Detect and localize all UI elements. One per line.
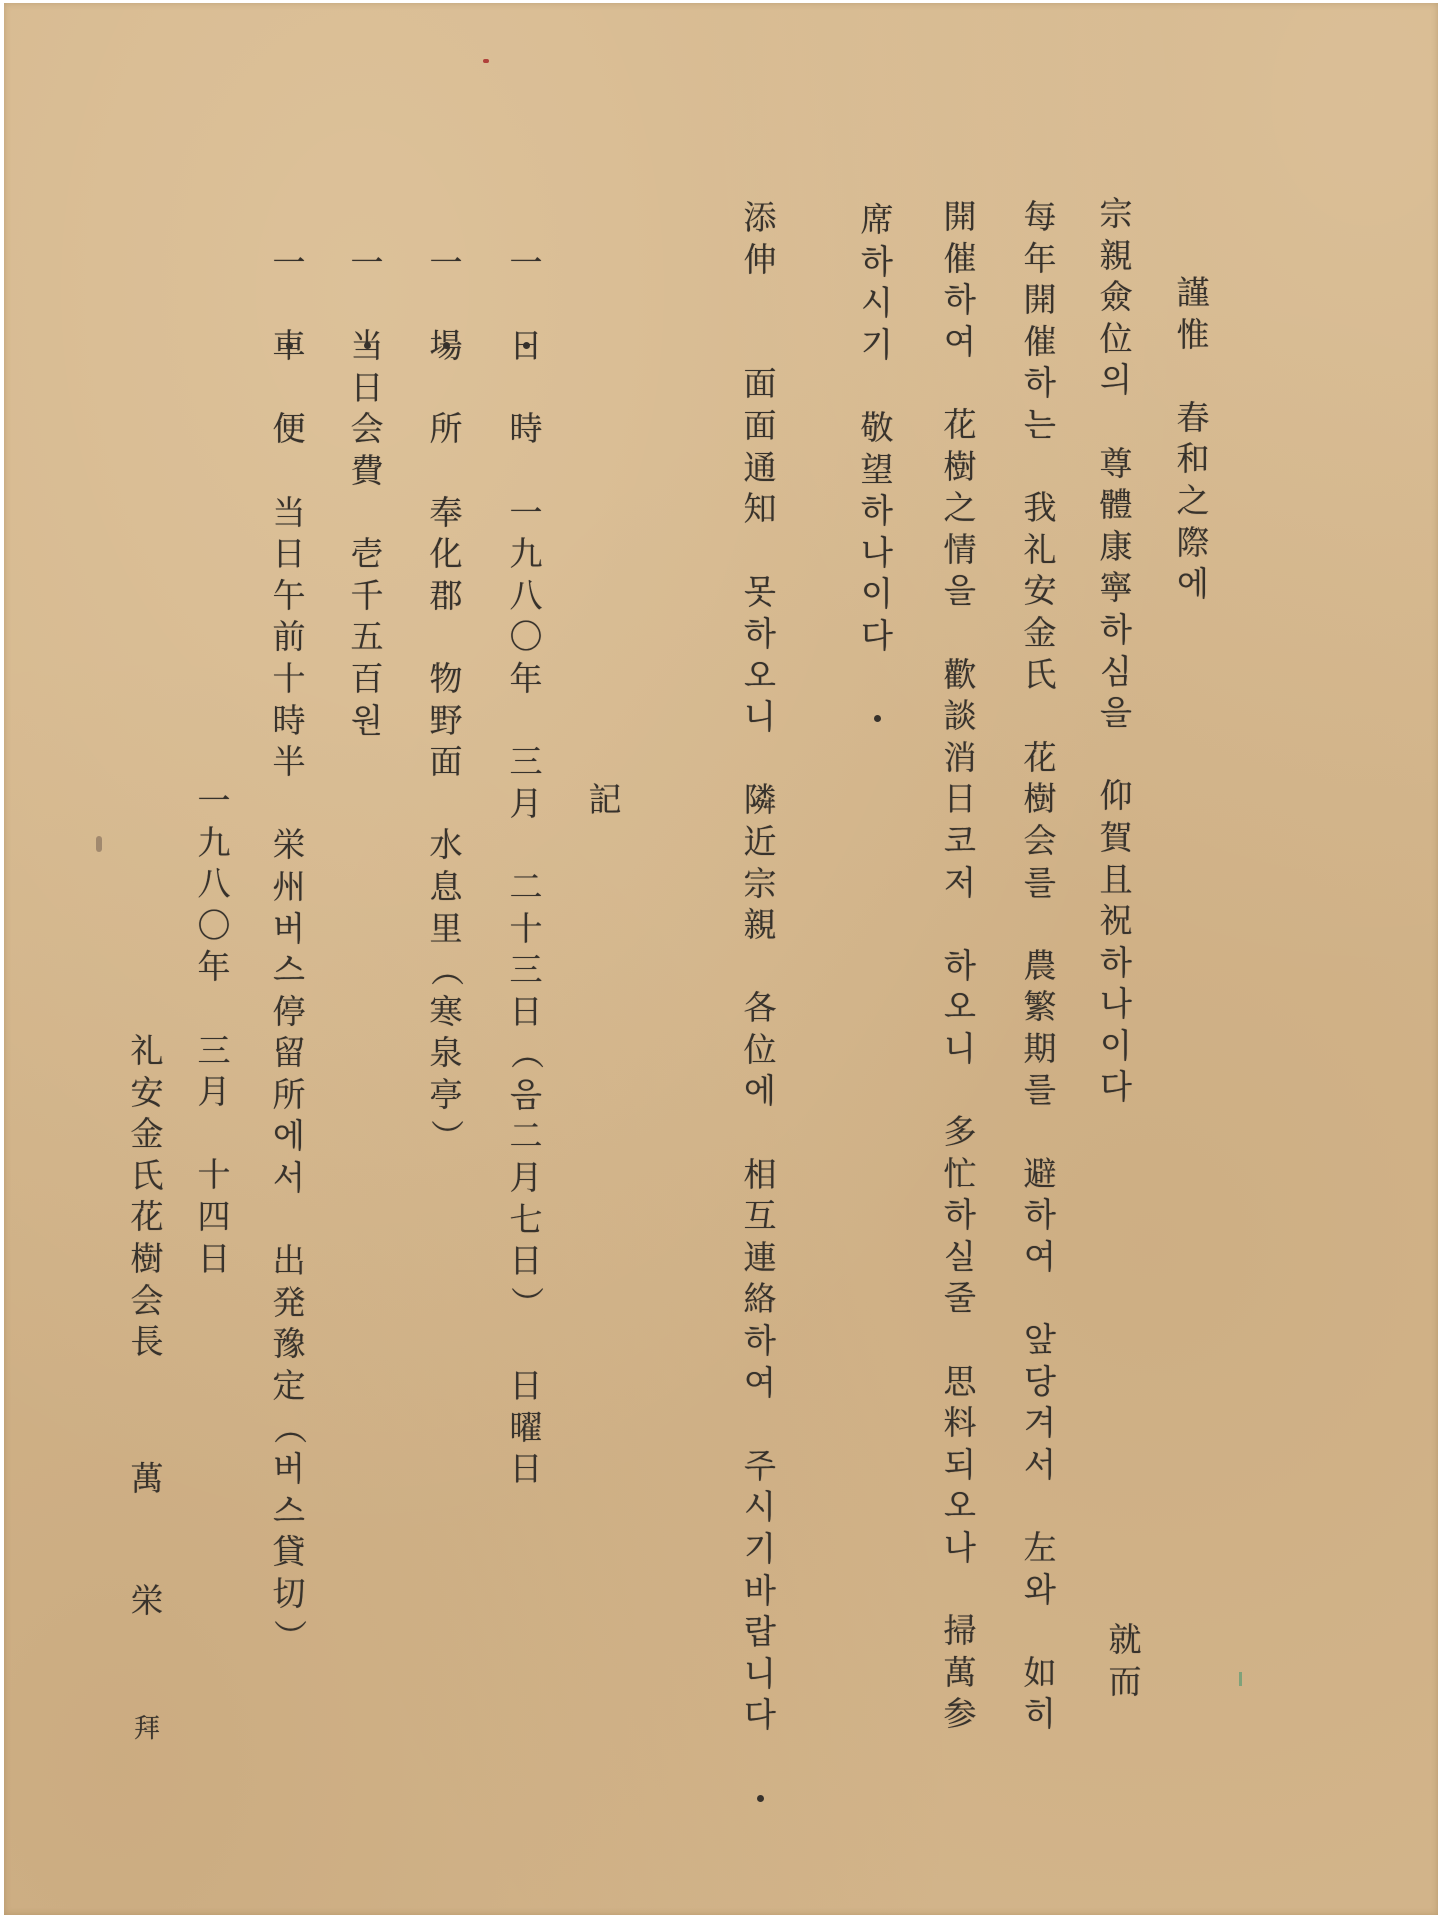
space bbox=[937, 612, 983, 654]
space bbox=[1017, 695, 1063, 737]
space bbox=[191, 1113, 237, 1155]
glyph: 하 bbox=[854, 490, 900, 532]
glyph: 저 bbox=[937, 862, 983, 904]
glyph: 消 bbox=[937, 737, 983, 779]
transition-word: 就而 bbox=[1102, 1619, 1148, 1702]
body-line-text: 每年開催하는 我礼安金氏 花樹会를 農繁期를 避하여 앞당겨서 左와 如히 bbox=[1017, 196, 1063, 1735]
glyph: 金 bbox=[124, 1113, 170, 1155]
glyph: 하 bbox=[737, 1320, 783, 1362]
spacer bbox=[266, 450, 312, 492]
glyph: 九 bbox=[503, 533, 549, 575]
glyph: 停 bbox=[266, 991, 312, 1033]
glyph: 如 bbox=[1017, 1652, 1063, 1694]
glyph: ・ bbox=[266, 284, 312, 326]
glyph: 에 bbox=[1170, 563, 1216, 605]
glyph: 줄 bbox=[937, 1277, 983, 1319]
glyph: 겨 bbox=[1017, 1402, 1063, 1444]
glyph: 息 bbox=[423, 866, 469, 908]
glyph: 이 bbox=[1093, 1025, 1139, 1067]
space bbox=[191, 988, 237, 1030]
glyph: . bbox=[737, 1736, 783, 1778]
glyph: 百 bbox=[344, 658, 390, 700]
space bbox=[1170, 355, 1216, 397]
body-line-text: 添伸 面面通知 못하오니 隣近宗親 各位에 相互連絡하여 주시기바랍니다. bbox=[737, 197, 783, 1778]
glyph: 一 bbox=[503, 242, 549, 284]
glyph: 催 bbox=[1017, 321, 1063, 363]
glyph: ・ bbox=[423, 284, 469, 326]
glyph: 尊 bbox=[1093, 443, 1139, 485]
glyph: 安 bbox=[1017, 570, 1063, 612]
glyph: 当 bbox=[344, 325, 390, 367]
glyph: 参 bbox=[937, 1693, 983, 1735]
glyph: 寧 bbox=[1093, 567, 1139, 609]
glyph: 五 bbox=[344, 616, 390, 658]
glyph: （ bbox=[268, 1404, 310, 1450]
glyph: 位 bbox=[1093, 318, 1139, 360]
glyph: 심 bbox=[1093, 651, 1139, 693]
glyph: 催 bbox=[937, 238, 983, 280]
glyph: 七 bbox=[503, 1199, 549, 1241]
glyph: 하 bbox=[854, 241, 900, 283]
space bbox=[1093, 401, 1139, 443]
glyph: 〇 bbox=[191, 905, 237, 947]
glyph: 歡 bbox=[937, 654, 983, 696]
space bbox=[1017, 1610, 1063, 1652]
glyph: 水 bbox=[423, 824, 469, 866]
glyph: 面 bbox=[423, 741, 469, 783]
glyph: 相 bbox=[737, 1154, 783, 1196]
glyph: 랍 bbox=[737, 1611, 783, 1653]
glyph: 忙 bbox=[937, 1153, 983, 1195]
glyph: 開 bbox=[1017, 279, 1063, 321]
glyph: 寒 bbox=[423, 991, 469, 1033]
glyph: 日 bbox=[937, 778, 983, 820]
glyph: 各 bbox=[737, 987, 783, 1029]
glyph: 車 bbox=[266, 325, 312, 367]
dark-smudge bbox=[96, 836, 102, 852]
space bbox=[423, 783, 469, 825]
space bbox=[1017, 1485, 1063, 1527]
glyph: 을 bbox=[1093, 692, 1139, 734]
glyph: 기 bbox=[854, 324, 900, 366]
glyph: ） bbox=[425, 1113, 467, 1159]
glyph: 九 bbox=[191, 822, 237, 864]
glyph: 스 bbox=[266, 949, 312, 991]
glyph: 서 bbox=[266, 1157, 312, 1199]
glyph: 다 bbox=[1093, 1066, 1139, 1108]
item-label: 一・車 便 bbox=[266, 242, 312, 450]
glyph: 僉 bbox=[1093, 276, 1139, 318]
item-value: 奉化郡 物野面 水息里（寒泉亭） bbox=[423, 492, 469, 1158]
glyph: 出 bbox=[266, 1240, 312, 1282]
glyph: 시 bbox=[854, 282, 900, 324]
glyph: 日 bbox=[191, 1238, 237, 1280]
glyph: 하 bbox=[737, 613, 783, 655]
glyph: 八 bbox=[191, 863, 237, 905]
glyph: 一 bbox=[266, 242, 312, 284]
glyph: 體 bbox=[1093, 484, 1139, 526]
glyph: 니 bbox=[937, 1028, 983, 1070]
item-label: 一・日 時 bbox=[503, 242, 549, 450]
glyph: 拜 bbox=[124, 1709, 170, 1751]
signature-sign-off: 拜 bbox=[124, 1709, 170, 1751]
name-text: 萬栄 bbox=[124, 1458, 170, 1702]
glyph: 하 bbox=[937, 1194, 983, 1236]
glyph: 每 bbox=[1017, 196, 1063, 238]
glyph: 謹 bbox=[1170, 272, 1216, 314]
glyph: 日 bbox=[503, 1448, 549, 1490]
glyph: 添 bbox=[737, 197, 783, 239]
glyph: 州 bbox=[266, 866, 312, 908]
sign-off-text: 拜 bbox=[124, 1709, 170, 1751]
glyph: 会 bbox=[344, 408, 390, 450]
glyph: ） bbox=[268, 1612, 310, 1658]
glyph: 日 bbox=[266, 533, 312, 575]
glyph: 三 bbox=[503, 949, 549, 991]
body-line-text: 宗親僉位의 尊體康寧하심을 仰賀且祝하나이다 bbox=[1093, 193, 1139, 1108]
glyph: 親 bbox=[737, 904, 783, 946]
glyph: 席 bbox=[854, 199, 900, 241]
glyph: 음 bbox=[503, 1074, 549, 1116]
glyph: 掃 bbox=[937, 1610, 983, 1652]
item-value: 一九八〇年 三月 二十三日（음二月七日） 日曜日 bbox=[503, 492, 549, 1490]
red-ink-spot bbox=[483, 59, 489, 63]
glyph: 郡 bbox=[423, 575, 469, 617]
glyph: 泉 bbox=[423, 1032, 469, 1074]
glyph: 場 bbox=[423, 325, 469, 367]
salutation-text: 謹惟 春和之際에 bbox=[1170, 272, 1216, 605]
glyph: 豫 bbox=[266, 1323, 312, 1365]
space bbox=[266, 367, 312, 409]
spacer bbox=[423, 450, 469, 492]
glyph: 오 bbox=[937, 986, 983, 1028]
glyph: 萬 bbox=[124, 1458, 170, 1580]
glyph: 는 bbox=[1017, 404, 1063, 446]
glyph: 히 bbox=[1017, 1693, 1063, 1735]
body-line-text: 席하시기 敬望하나이다. bbox=[854, 199, 900, 698]
glyph: 三 bbox=[191, 1030, 237, 1072]
notice-item-transport: 一・車 便 当日午前十時半 栄州버스停留所에서 出発豫定（버스貸切） bbox=[266, 242, 312, 1656]
glyph: 日 bbox=[503, 991, 549, 1033]
glyph: 切 bbox=[266, 1573, 312, 1615]
glyph: 시 bbox=[737, 1486, 783, 1528]
glyph: 面 bbox=[737, 405, 783, 447]
glyph: 発 bbox=[266, 1282, 312, 1324]
glyph: 礼 bbox=[1017, 529, 1063, 571]
glyph: 費 bbox=[344, 450, 390, 492]
glyph: 談 bbox=[937, 695, 983, 737]
transition-text: 就而 bbox=[1102, 1619, 1148, 1702]
glyph: 의 bbox=[1093, 359, 1139, 401]
glyph: 氏 bbox=[124, 1155, 170, 1197]
space bbox=[423, 616, 469, 658]
glyph: 農 bbox=[1017, 945, 1063, 987]
glyph: 月 bbox=[503, 1157, 549, 1199]
glyph: 一 bbox=[503, 492, 549, 534]
glyph: 二 bbox=[503, 1115, 549, 1157]
glyph: 바 bbox=[737, 1570, 783, 1612]
glyph: 期 bbox=[1017, 1028, 1063, 1070]
glyph: 料 bbox=[937, 1402, 983, 1444]
item-value: 当日午前十時半 栄州버스停留所에서 出発豫定（버스貸切） bbox=[266, 492, 312, 1657]
glyph: ・ bbox=[344, 284, 390, 326]
organization-text: 礼安金氏花樹会長 bbox=[124, 1030, 170, 1363]
item-label: 一・場 所 bbox=[423, 242, 469, 450]
space bbox=[423, 367, 469, 409]
glyph: 하 bbox=[937, 279, 983, 321]
glyph: 而 bbox=[1102, 1661, 1148, 1703]
glyph: 氏 bbox=[1017, 654, 1063, 696]
item-value: 壱千五百원 bbox=[344, 533, 390, 741]
glyph: ） bbox=[505, 1280, 547, 1326]
glyph: 礼 bbox=[124, 1030, 170, 1072]
glyph: 互 bbox=[737, 1195, 783, 1237]
glyph: 一 bbox=[191, 780, 237, 822]
space bbox=[737, 530, 783, 572]
spacer bbox=[503, 450, 549, 492]
glyph: 을 bbox=[937, 570, 983, 612]
glyph: 이 bbox=[854, 573, 900, 615]
glyph: 位 bbox=[737, 1029, 783, 1071]
space bbox=[854, 365, 900, 407]
glyph: 니 bbox=[737, 696, 783, 738]
glyph: 敬 bbox=[854, 407, 900, 449]
body-line: 每年開催하는 我礼安金氏 花樹会를 農繁期를 避하여 앞당겨서 左와 如히 bbox=[1017, 196, 1063, 1735]
signature-organization: 礼安金氏花樹会長 bbox=[124, 1030, 170, 1363]
glyph: 絡 bbox=[737, 1278, 783, 1320]
glyph: 되 bbox=[937, 1444, 983, 1486]
notice-heading-text: 記 bbox=[582, 779, 628, 821]
glyph: 前 bbox=[266, 616, 312, 658]
glyph: 栄 bbox=[124, 1580, 170, 1702]
glyph: 面 bbox=[737, 363, 783, 405]
glyph: 여 bbox=[937, 321, 983, 363]
glyph: 化 bbox=[423, 533, 469, 575]
glyph: 繁 bbox=[1017, 986, 1063, 1028]
glyph: 花 bbox=[1017, 737, 1063, 779]
space bbox=[1093, 734, 1139, 776]
space bbox=[937, 362, 983, 404]
glyph: 記 bbox=[582, 779, 628, 821]
space bbox=[737, 1112, 783, 1154]
glyph: 会 bbox=[1017, 820, 1063, 862]
space bbox=[737, 322, 783, 364]
glyph: 月 bbox=[191, 1071, 237, 1113]
glyph: 다 bbox=[854, 615, 900, 657]
glyph: 便 bbox=[266, 408, 312, 450]
glyph: 못 bbox=[737, 571, 783, 613]
glyph: 나 bbox=[1093, 983, 1139, 1025]
glyph: 伸 bbox=[737, 239, 783, 281]
glyph: 栄 bbox=[266, 824, 312, 866]
glyph: 安 bbox=[124, 1072, 170, 1114]
glyph: 원 bbox=[344, 700, 390, 742]
glyph: 코 bbox=[937, 820, 983, 862]
glyph: 左 bbox=[1017, 1527, 1063, 1569]
glyph: 貸 bbox=[266, 1531, 312, 1573]
glyph: 曜 bbox=[503, 1407, 549, 1449]
glyph: 親 bbox=[1093, 235, 1139, 277]
glyph: 開 bbox=[937, 196, 983, 238]
space bbox=[937, 1319, 983, 1361]
glyph: 情 bbox=[937, 529, 983, 571]
glyph: 기 bbox=[737, 1528, 783, 1570]
glyph: 오 bbox=[937, 1485, 983, 1527]
space bbox=[266, 1199, 312, 1241]
glyph: 四 bbox=[191, 1196, 237, 1238]
glyph: 하 bbox=[1017, 1194, 1063, 1236]
glyph: 一 bbox=[344, 242, 390, 284]
glyph: 日 bbox=[503, 1240, 549, 1282]
glyph: 午 bbox=[266, 575, 312, 617]
glyph: 知 bbox=[737, 488, 783, 530]
glyph: 하 bbox=[1093, 942, 1139, 984]
item-label: 一・当日会費 bbox=[344, 242, 390, 492]
space bbox=[1017, 903, 1063, 945]
glyph: 留 bbox=[266, 1032, 312, 1074]
glyph: 祝 bbox=[1093, 900, 1139, 942]
glyph: 에 bbox=[737, 1070, 783, 1112]
space bbox=[737, 1403, 783, 1445]
green-ink-spot bbox=[1239, 1672, 1242, 1686]
glyph: . bbox=[854, 657, 900, 699]
glyph: 하 bbox=[1093, 609, 1139, 651]
space bbox=[937, 1069, 983, 1111]
space bbox=[1017, 1111, 1063, 1153]
glyph: 스 bbox=[266, 1490, 312, 1532]
notice-item-venue: 一・場 所 奉化郡 物野面 水息里（寒泉亭） bbox=[423, 242, 469, 1157]
glyph: 長 bbox=[124, 1321, 170, 1363]
signature-name: 萬栄 bbox=[124, 1458, 170, 1702]
glyph: 月 bbox=[503, 783, 549, 825]
glyph: 하 bbox=[937, 945, 983, 987]
space bbox=[1017, 1277, 1063, 1319]
glyph: 三 bbox=[503, 741, 549, 783]
glyph: 当 bbox=[266, 492, 312, 534]
glyph: 八 bbox=[503, 575, 549, 617]
space bbox=[737, 946, 783, 988]
glyph: 我 bbox=[1017, 487, 1063, 529]
glyph: 와 bbox=[1017, 1569, 1063, 1611]
body-line: 添伸 面面通知 못하오니 隣近宗親 各位에 相互連絡하여 주시기바랍니다. bbox=[737, 197, 783, 1778]
body-line: 開催하여 花樹之情을 歡談消日코저 하오니 多忙하실줄 思料되오나 掃萬参 bbox=[937, 196, 983, 1735]
body-line: 宗親僉位의 尊體康寧하심을 仰賀且祝하나이다 bbox=[1093, 193, 1139, 1108]
space bbox=[503, 1323, 549, 1365]
glyph: 壱 bbox=[344, 533, 390, 575]
glyph: 花 bbox=[937, 404, 983, 446]
glyph: 物 bbox=[423, 658, 469, 700]
glyph: 惟 bbox=[1170, 314, 1216, 356]
glyph: 버 bbox=[266, 908, 312, 950]
glyph: 里 bbox=[423, 908, 469, 950]
space bbox=[1017, 446, 1063, 488]
glyph: 버 bbox=[266, 1448, 312, 1490]
glyph: 和 bbox=[1170, 438, 1216, 480]
space bbox=[737, 738, 783, 780]
glyph: 時 bbox=[266, 700, 312, 742]
glyph: 亭 bbox=[423, 1074, 469, 1116]
glyph: 樹 bbox=[124, 1238, 170, 1280]
space bbox=[503, 700, 549, 742]
body-line: 席하시기 敬望하나이다. bbox=[854, 199, 900, 698]
glyph: 定 bbox=[266, 1365, 312, 1407]
glyph: 康 bbox=[1093, 526, 1139, 568]
glyph: 오 bbox=[737, 655, 783, 697]
glyph: 니 bbox=[737, 1653, 783, 1695]
notice-item-fee: 一・当日会費 壱千五百원 bbox=[344, 242, 390, 741]
glyph: 所 bbox=[423, 408, 469, 450]
glyph: 通 bbox=[737, 447, 783, 489]
glyph: 野 bbox=[423, 700, 469, 742]
glyph: 之 bbox=[1170, 480, 1216, 522]
space bbox=[937, 903, 983, 945]
glyph: 会 bbox=[124, 1280, 170, 1322]
glyph: 宗 bbox=[1093, 193, 1139, 235]
space bbox=[937, 1569, 983, 1611]
glyph: （ bbox=[505, 1030, 547, 1076]
glyph: 서 bbox=[1017, 1444, 1063, 1486]
glyph: 日 bbox=[503, 1365, 549, 1407]
glyph: 時 bbox=[503, 408, 549, 450]
glyph: 宗 bbox=[737, 863, 783, 905]
glyph: （ bbox=[425, 947, 467, 993]
glyph: 樹 bbox=[1017, 778, 1063, 820]
glyph: 年 bbox=[1017, 238, 1063, 280]
glyph: 春 bbox=[1170, 397, 1216, 439]
salutation-line: 謹惟 春和之際에 bbox=[1170, 272, 1216, 605]
glyph: 를 bbox=[1017, 1069, 1063, 1111]
glyph: 를 bbox=[1017, 862, 1063, 904]
glyph: 十 bbox=[503, 908, 549, 950]
issue-date-text: 一九八〇年 三月 十四日 bbox=[191, 780, 237, 1279]
glyph: 之 bbox=[937, 487, 983, 529]
glyph: 다 bbox=[737, 1694, 783, 1736]
glyph: 하 bbox=[1017, 362, 1063, 404]
glyph: 당 bbox=[1017, 1361, 1063, 1403]
glyph: 二 bbox=[503, 866, 549, 908]
glyph: 所 bbox=[266, 1074, 312, 1116]
glyph: 隣 bbox=[737, 779, 783, 821]
glyph: 連 bbox=[737, 1237, 783, 1279]
glyph: 近 bbox=[737, 821, 783, 863]
space bbox=[503, 824, 549, 866]
glyph: 千 bbox=[344, 575, 390, 617]
glyph: 여 bbox=[737, 1362, 783, 1404]
glyph: 望 bbox=[854, 449, 900, 491]
glyph: 際 bbox=[1170, 522, 1216, 564]
glyph: 花 bbox=[124, 1196, 170, 1238]
glyph: 半 bbox=[266, 741, 312, 783]
glyph: 〇 bbox=[503, 616, 549, 658]
glyph: 주 bbox=[737, 1445, 783, 1487]
glyph: 多 bbox=[937, 1111, 983, 1153]
glyph: 年 bbox=[191, 946, 237, 988]
space bbox=[503, 367, 549, 409]
glyph: 年 bbox=[503, 658, 549, 700]
glyph: 실 bbox=[937, 1236, 983, 1278]
space bbox=[737, 280, 783, 322]
glyph: 避 bbox=[1017, 1153, 1063, 1195]
spacer bbox=[344, 492, 390, 534]
glyph: 思 bbox=[937, 1361, 983, 1403]
glyph: 十 bbox=[266, 658, 312, 700]
glyph: 日 bbox=[503, 325, 549, 367]
glyph: 十 bbox=[191, 1154, 237, 1196]
space bbox=[266, 783, 312, 825]
glyph: 萬 bbox=[937, 1652, 983, 1694]
body-line-text: 開催하여 花樹之情을 歡談消日코저 하오니 多忙하실줄 思料되오나 掃萬参 bbox=[937, 196, 983, 1735]
glyph: 樹 bbox=[937, 446, 983, 488]
